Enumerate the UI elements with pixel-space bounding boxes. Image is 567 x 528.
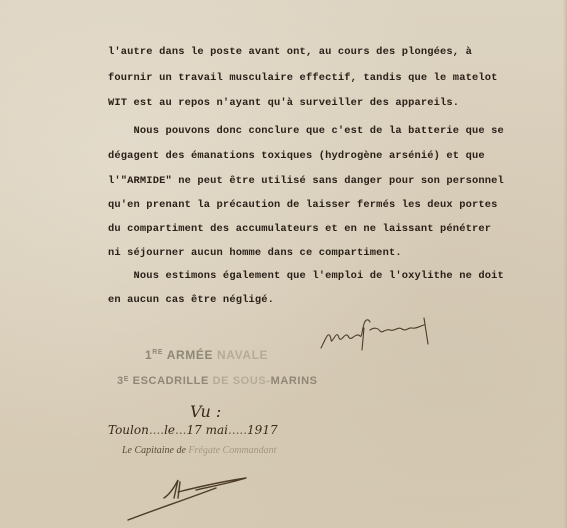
unit-stamp-line-2: 3E ESCADRILLE DE SOUS-MARINS xyxy=(117,375,318,387)
text-line: fournir un travail musculaire effectif, … xyxy=(108,72,498,84)
text-line: ni séjourner aucun homme dans ce compart… xyxy=(108,247,402,259)
typed-letter-body: l'autre dans le poste avant ont, au cour… xyxy=(0,0,13,168)
endorsement-vu: Vu : xyxy=(190,402,221,421)
text-line: qu'en prenant la précaution de laisser f… xyxy=(108,199,498,211)
commander-title: Le Capitaine de Frégate Commandant xyxy=(122,445,276,456)
endorsement-place-date: Toulon....le...17 mai.....1917 xyxy=(108,423,278,437)
page-edge xyxy=(563,0,567,528)
text-line: du compartiment des accumulateurs et en … xyxy=(108,223,491,235)
text-line: WIT est au repos n'ayant qu'à surveiller… xyxy=(108,97,459,109)
text-line: dégagent des émanations toxiques (hydrog… xyxy=(108,150,485,162)
place: Toulon xyxy=(108,423,149,437)
le-label: le xyxy=(164,423,175,437)
date: 17 mai xyxy=(187,423,228,437)
text-line: Nous pouvons donc conclure que c'est de … xyxy=(108,125,504,137)
year: 1917 xyxy=(247,423,278,437)
text-line: en aucun cas être négligé. xyxy=(108,294,274,306)
text-line: l'autre dans le poste avant ont, au cour… xyxy=(108,46,472,58)
unit-stamp-line-1: 1RE ARMÉE NAVALE xyxy=(145,348,268,362)
signature-author xyxy=(318,308,443,354)
signature-commander xyxy=(124,468,274,524)
text-line: Nous estimons également que l'emploi de … xyxy=(108,270,504,282)
text-line: l'"ARMIDE" ne peut être utilisé sans dan… xyxy=(108,175,504,187)
